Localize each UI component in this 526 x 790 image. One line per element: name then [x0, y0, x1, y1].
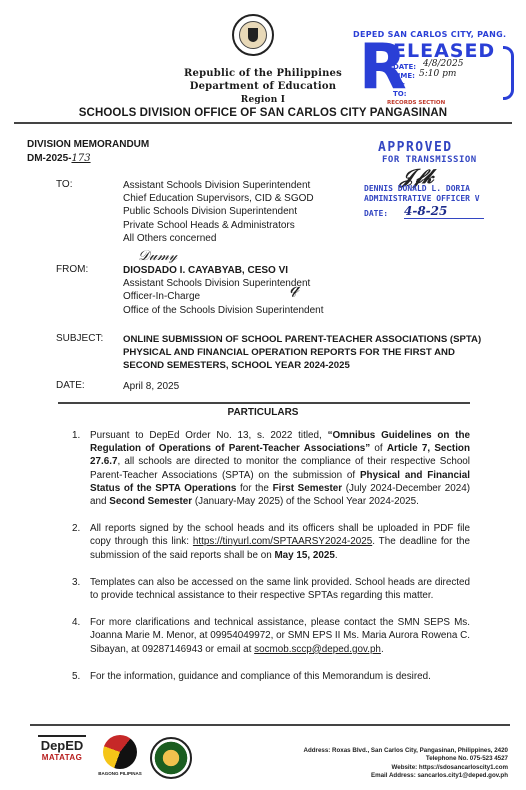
- list-item: 5. For the information, guidance and com…: [72, 670, 470, 683]
- footer-address: Address: Roxas Blvd., San Carlos City, P…: [304, 747, 508, 755]
- recipient: Chief Education Supervisors, CID & SGOD: [123, 192, 314, 205]
- footer-telephone: Telephone No. 075-523 4527: [304, 755, 508, 763]
- approver-name: DENNIS DONALD L. DORIA: [364, 184, 470, 193]
- item-text: (January-May 2025) of the School Year 20…: [192, 496, 419, 507]
- released-by-label: BY:: [393, 81, 405, 89]
- header-office: SCHOOLS DIVISION OFFICE OF SAN CARLOS CI…: [0, 107, 526, 119]
- header-divider: [14, 122, 512, 124]
- footer-divider: [30, 724, 510, 726]
- deped-text: Dep: [41, 738, 66, 753]
- sender-title: Officer-In-Charge: [123, 290, 324, 303]
- from-block: DIOSDADO I. CAYABYAB, CESO VI Assistant …: [123, 264, 324, 317]
- recipient: Public Schools Division Superintendent: [123, 205, 314, 218]
- approver-position: ADMINISTRATIVE OFFICER V: [364, 194, 480, 203]
- bagong-pilipinas-icon: [103, 735, 137, 769]
- email-link[interactable]: socmob.sccp@deped.gov.ph: [254, 644, 381, 655]
- released-date-label: DATE:: [393, 63, 416, 71]
- item-text: For the information, guidance and compli…: [90, 671, 431, 682]
- item-number: 3.: [72, 576, 80, 589]
- memo-date: April 8, 2025: [123, 380, 179, 393]
- released-time-label: TIME:: [393, 72, 415, 80]
- recipient: Private School Heads & Administrators: [123, 219, 314, 232]
- sender-title: Office of the Schools Division Superinte…: [123, 304, 324, 317]
- sdo-san-carlos-seal-icon: [150, 737, 192, 779]
- item-text: Templates can also be accessed on the sa…: [90, 577, 470, 601]
- footer-logos: DepED MATATAG BAGONG PILIPINAS: [38, 735, 198, 783]
- recipient: Assistant Schools Division Superintenden…: [123, 179, 314, 192]
- item-bold: First Semester: [273, 483, 343, 494]
- released-stamp-bracket: [503, 46, 514, 100]
- sender-name: DIOSDADO I. CAYABYAB, CESO VI: [123, 264, 324, 277]
- sender-signature: 𝒟𝓊𝓂𝓎: [138, 248, 177, 264]
- item-text: of: [370, 443, 387, 454]
- approved-date-value: 4-8-25: [404, 204, 484, 219]
- footer-email[interactable]: Email Address: sancarlos.city1@deped.gov…: [304, 772, 508, 780]
- sender-title: Assistant Schools Division Superintenden…: [123, 277, 324, 290]
- particulars-title: PARTICULARS: [0, 407, 526, 418]
- matatag-text: MATATAG: [38, 753, 86, 762]
- to-recipients: Assistant Schools Division Superintenden…: [123, 179, 314, 245]
- deped-matatag-logo: DepED MATATAG: [38, 735, 86, 762]
- bagong-pilipinas-label: BAGONG PILIPINAS: [96, 771, 144, 776]
- item-number: 1.: [72, 429, 80, 442]
- released-to-label: TO:: [393, 90, 407, 98]
- bagong-pilipinas-logo: BAGONG PILIPINAS: [96, 735, 144, 776]
- date-label: DATE:: [56, 380, 85, 391]
- footer-website[interactable]: Website: https://sdosancarloscity1.com: [304, 764, 508, 772]
- particulars-divider: [58, 402, 470, 404]
- item-text: .: [335, 550, 338, 561]
- item-number: 5.: [72, 670, 80, 683]
- list-item: 3. Templates can also be accessed on the…: [72, 576, 470, 602]
- memo-heading: DIVISION MEMORANDUM DM-2025-173: [27, 138, 149, 166]
- footer-contact: Address: Roxas Blvd., San Carlos City, P…: [304, 747, 508, 781]
- memo-number-handwritten: 173: [71, 153, 90, 164]
- from-label: FROM:: [56, 264, 88, 275]
- approved-title: APPROVED: [378, 140, 453, 155]
- released-date-value: 4/8/2025: [423, 59, 463, 69]
- approved-date-label: DATE:: [364, 209, 388, 218]
- item-text: .: [381, 644, 384, 655]
- deped-text: ED: [65, 738, 83, 753]
- item-text: for the: [236, 483, 272, 494]
- memo-number: DM-2025-173: [27, 152, 149, 166]
- list-item: 4. For more clarifications and technical…: [72, 616, 470, 656]
- item-text: Pursuant to DepEd Order No. 13, s. 2022 …: [90, 430, 328, 441]
- submission-link[interactable]: https://tinyurl.com/SPTAARSY2024-2025: [193, 536, 372, 547]
- recipient: All Others concerned: [123, 232, 314, 245]
- particulars-list: 1. Pursuant to DepEd Order No. 13, s. 20…: [72, 429, 470, 697]
- list-item: 1. Pursuant to DepEd Order No. 13, s. 20…: [72, 429, 470, 508]
- released-time-value: 5:10 pm: [419, 69, 456, 79]
- list-item: 2. All reports signed by the school head…: [72, 522, 470, 562]
- subject-label: SUBJECT:: [56, 333, 103, 344]
- item-number: 4.: [72, 616, 80, 629]
- deped-seal-icon: [232, 14, 274, 56]
- released-stamp-bottom: RECORDS SECTION: [387, 100, 445, 106]
- subject-text: ONLINE SUBMISSION OF SCHOOL PARENT-TEACH…: [123, 333, 493, 373]
- item-bold: Second Semester: [109, 496, 192, 507]
- deadline: May 15, 2025: [274, 550, 334, 561]
- to-label: TO:: [56, 179, 72, 190]
- item-number: 2.: [72, 522, 80, 535]
- memo-type: DIVISION MEMORANDUM: [27, 138, 149, 152]
- released-stamp: DEPED SAN CARLOS CITY, PANG. R ELEASED D…: [345, 30, 517, 105]
